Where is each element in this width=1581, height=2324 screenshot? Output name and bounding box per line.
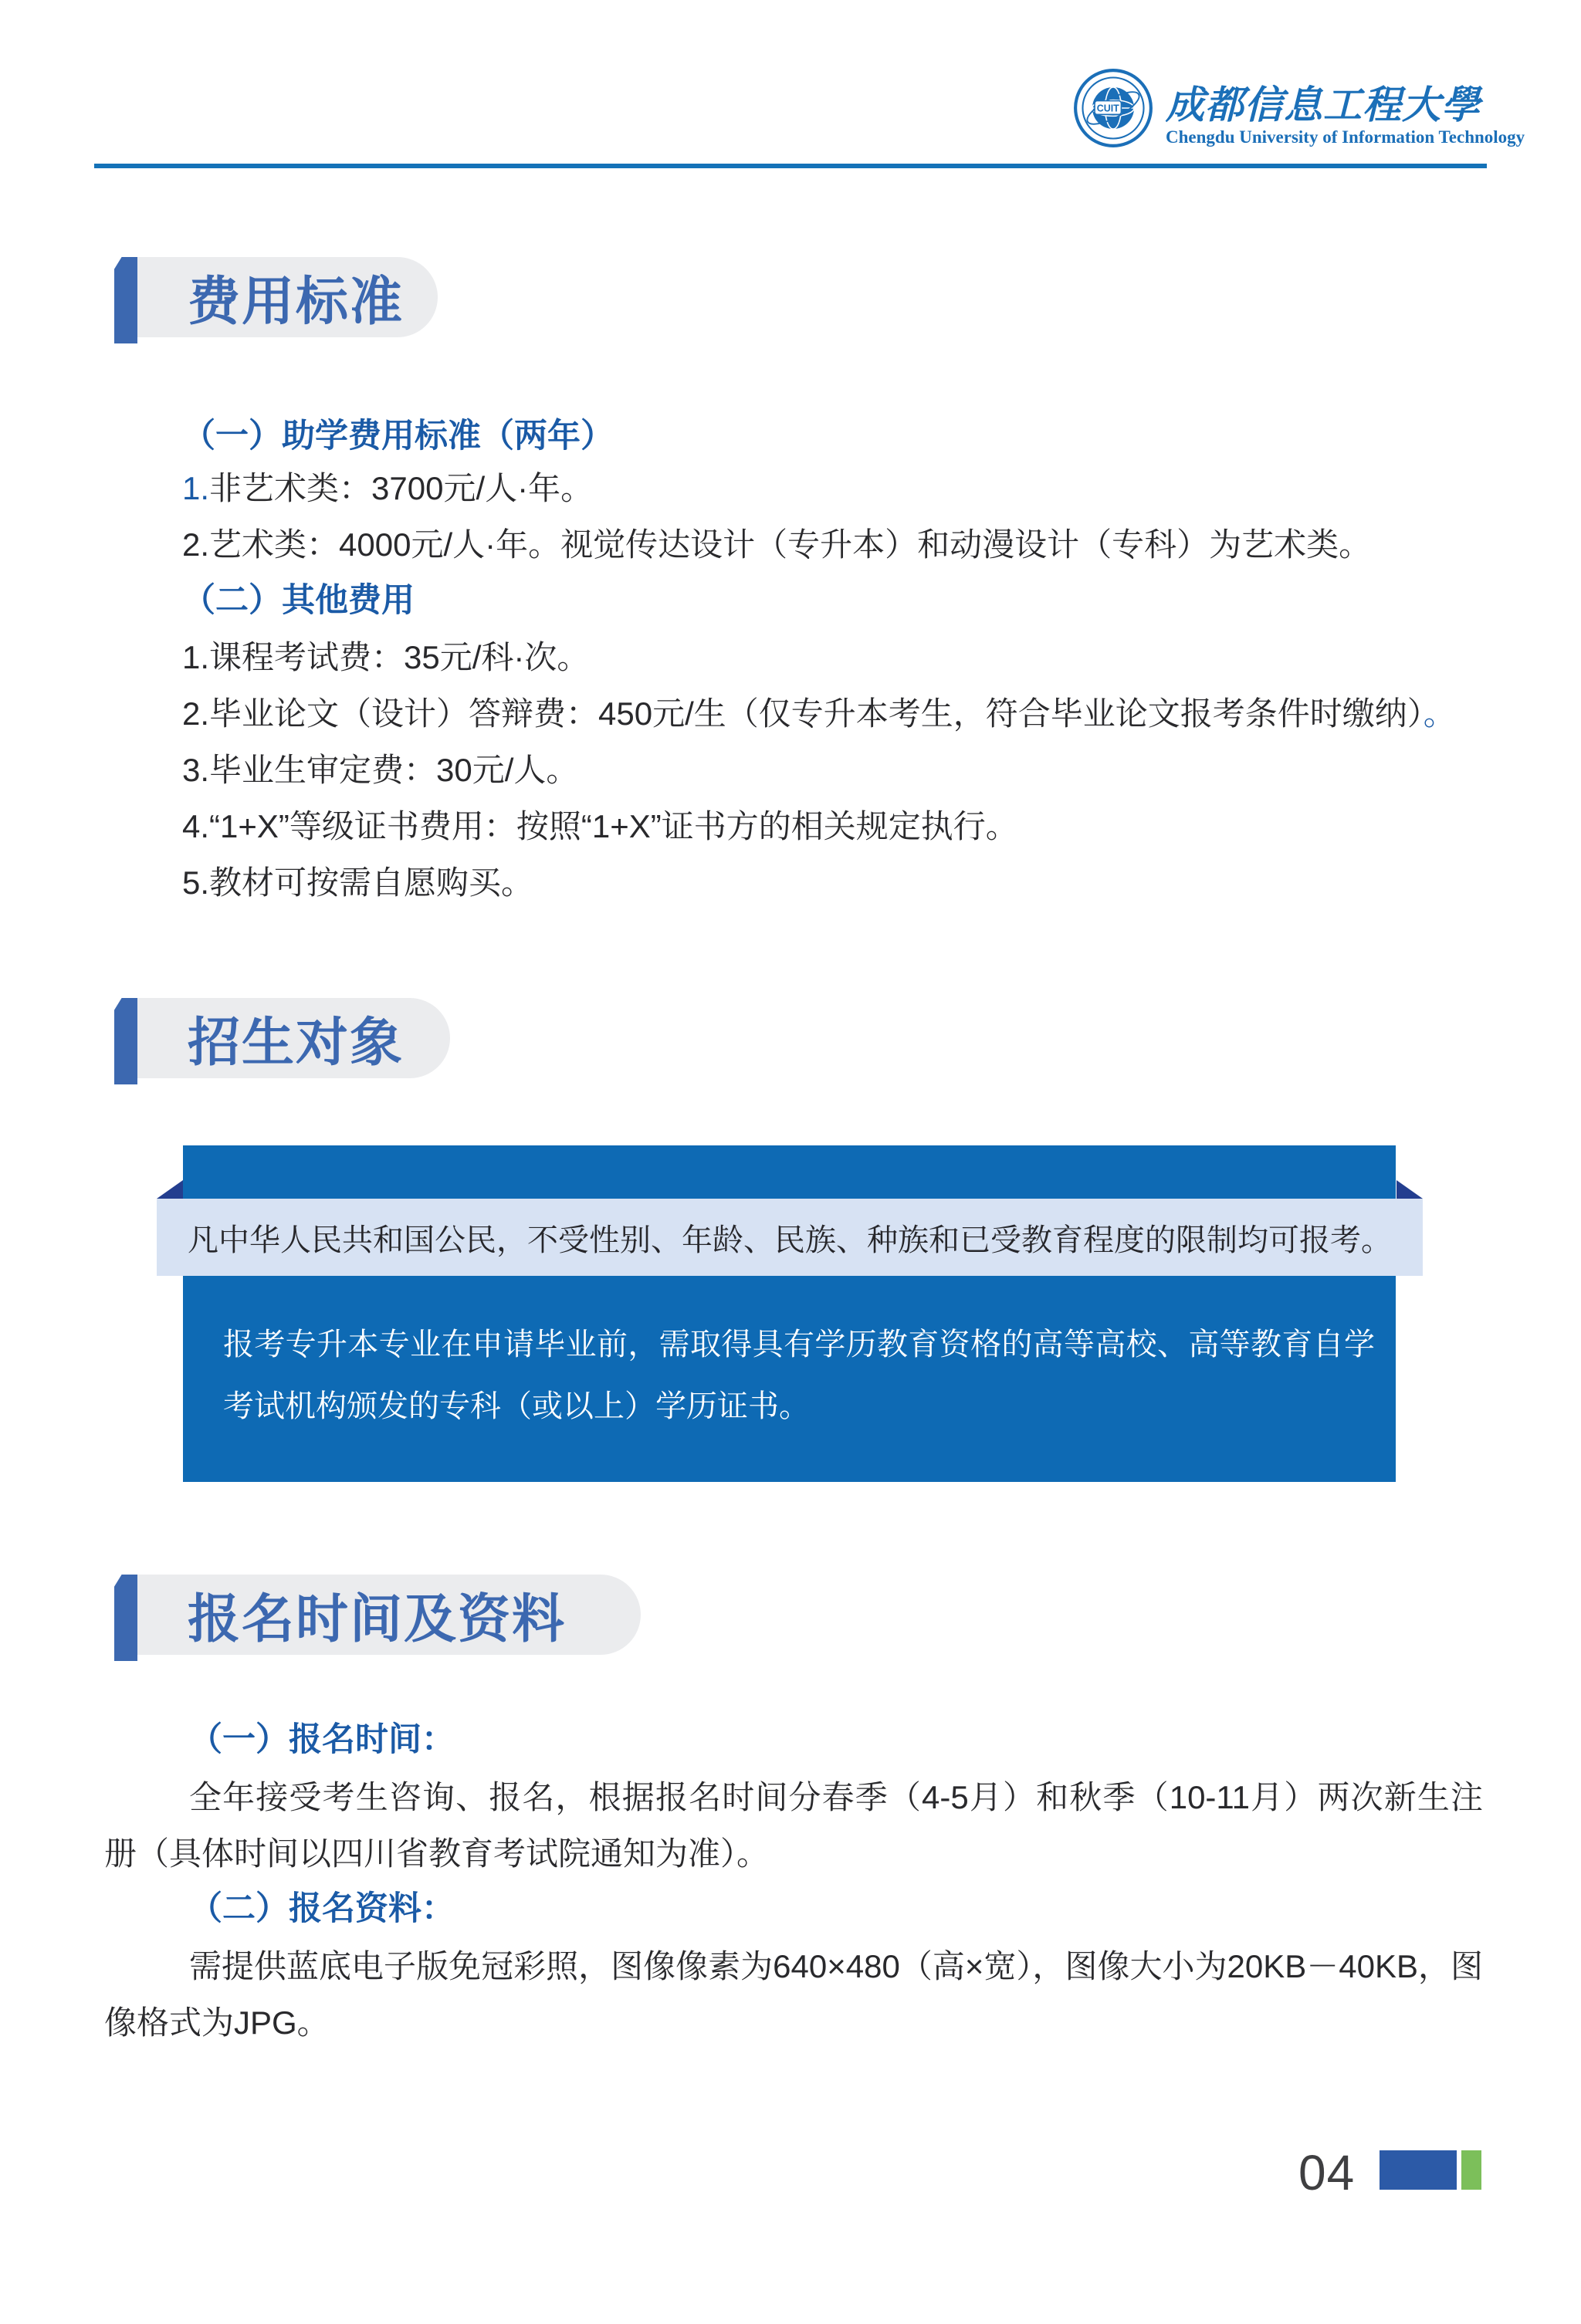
fee-item: 1.课程考试费：35元/科·次。 xyxy=(182,629,1487,685)
fee-item: 4.“1+X”等级证书费用：按照“1+X”证书方的相关规定执行。 xyxy=(182,798,1487,854)
university-name-zh: 成都信息工程大學 xyxy=(1166,85,1525,125)
fee-item-text: 艺术类：4000元/人·年。视觉传达设计（专升本）和动漫设计（专科）为艺术类。 xyxy=(209,526,1371,563)
admission-ribbon-text: 凡中华人民共和国公民，不受性别、年龄、民族、种族和已受教育程度的限制均可报考。 xyxy=(188,1216,1392,1260)
fee-item-marker: 2. xyxy=(182,526,209,563)
section-accent-bar xyxy=(114,257,137,343)
fee-item-text: 课程考试费：35元/科·次。 xyxy=(209,639,589,675)
university-name-en: Chengdu University of Information Techno… xyxy=(1166,127,1525,147)
university-name-block: 成都信息工程大學 Chengdu University of Informati… xyxy=(1166,68,1525,147)
fee-item-marker: 4. xyxy=(182,808,209,844)
ribbon-fold-right xyxy=(1396,1180,1423,1199)
page-header: CUIT 成都信息工程大學 Chengdu University of Info… xyxy=(1073,68,1490,148)
section-title-admission: 招生对象 xyxy=(188,998,404,1078)
fee-item-marker: 1. xyxy=(182,470,209,506)
fee-item-marker: 2. xyxy=(182,695,209,732)
registration-subhead-materials: （二）报名资料： xyxy=(189,1885,455,1933)
fees-subhead-2: （二）其他费用 xyxy=(182,573,1487,629)
section-accent-bar xyxy=(114,1575,137,1661)
fee-item: 2.毕业论文（设计）答辩费：450元/生（仅专升本考生，符合毕业论文报考条件时缴… xyxy=(182,685,1487,742)
fee-item-marker: 3. xyxy=(182,752,209,788)
registration-time-paragraph: 全年接受考生咨询、报名，根据报名时间分春季（4-5月）和秋季（10-11月）两次… xyxy=(104,1769,1483,1882)
fee-item-marker: 5. xyxy=(182,864,209,901)
fee-item-text: 教材可按需自愿购买。 xyxy=(209,864,533,901)
registration-materials-paragraph: 需提供蓝底电子版免冠彩照，图像像素为640×480（高×宽），图像大小为20KB… xyxy=(104,1938,1483,2051)
fees-subhead-1: （一）助学费用标准（两年） xyxy=(182,412,1487,460)
fee-item-marker: 1. xyxy=(182,639,209,675)
fee-item: 5.教材可按需自愿购买。 xyxy=(182,854,1487,911)
fee-item-suffix: 。 xyxy=(1424,695,1456,732)
fee-item-text: 毕业生审定费：30元/人。 xyxy=(209,752,578,788)
fee-item-text: “1+X”等级证书费用：按照“1+X”证书方的相关规定执行。 xyxy=(209,808,1018,844)
fee-item-text: 非艺术类：3700元/人·年。 xyxy=(209,470,593,506)
ribbon-fold-left xyxy=(157,1180,183,1199)
section-accent-bar xyxy=(114,998,137,1084)
admission-box-text: 报考专升本专业在申请毕业前，需取得具有学历教育资格的高等高校、高等教育自学考试机… xyxy=(223,1314,1375,1437)
brochure-page: CUIT 成都信息工程大學 Chengdu University of Info… xyxy=(0,0,1581,2324)
fee-item-text: 毕业论文（设计）答辩费：450元/生（仅专升本考生，符合毕业论文报考条件时缴纳） xyxy=(209,695,1424,732)
footer-green-block xyxy=(1461,2150,1481,2190)
section-title-registration: 报名时间及资料 xyxy=(188,1575,566,1655)
fee-item: 2.艺术类：4000元/人·年。视觉传达设计（专升本）和动漫设计（专科）为艺术类… xyxy=(182,516,1487,573)
fee-item: 1.非艺术类：3700元/人·年。 xyxy=(182,460,1487,516)
section-title-fees: 费用标准 xyxy=(188,257,404,337)
registration-subhead-time: （一）报名时间： xyxy=(189,1716,455,1764)
logo-cuit-text: CUIT xyxy=(1097,103,1119,114)
header-divider xyxy=(94,164,1487,168)
fees-content: （一）助学费用标准（两年） 1.非艺术类：3700元/人·年。 2.艺术类：40… xyxy=(182,412,1487,911)
fee-item: 3.毕业生审定费：30元/人。 xyxy=(182,742,1487,798)
page-number: 04 xyxy=(1298,2144,1376,2192)
footer-blue-block xyxy=(1380,2150,1457,2190)
admission-ribbon: 凡中华人民共和国公民，不受性别、年龄、民族、种族和已受教育程度的限制均可报考。 xyxy=(157,1199,1423,1276)
university-logo-icon: CUIT xyxy=(1073,68,1153,148)
